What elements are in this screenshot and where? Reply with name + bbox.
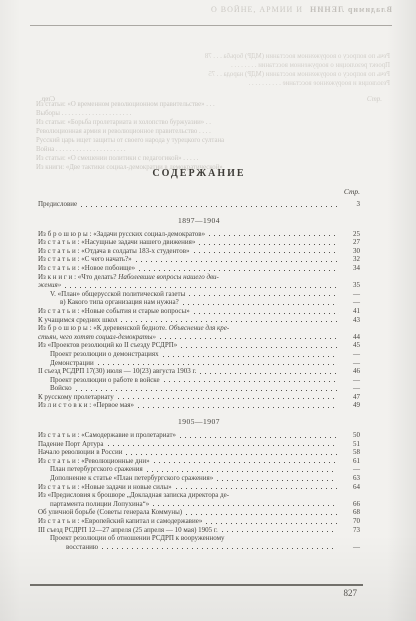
dot-leader (222, 526, 337, 534)
toc-entry-label: К русскому пролетариату (38, 393, 114, 402)
toc-page-number: 34 (340, 264, 360, 273)
bleed-running-head-right-mirrored: Владимир ЛЕНИН (309, 5, 392, 14)
toc-entry-label: II съезд РСДРП 17(30) июля — 10(23) авгу… (38, 367, 196, 376)
toc-row: Падение Порт Артура51 (38, 440, 360, 449)
toc-entry-label: Из статьи: «Новые задачи и новые силы» (38, 483, 172, 492)
toc-page-number: 58 (340, 448, 360, 457)
dot-leader (98, 359, 337, 367)
contents-title: СОДЕРЖАНИЕ (38, 168, 360, 179)
toc-entry-label: Из статьи: «Европейский капитал и самоде… (38, 517, 202, 526)
toc-row: Об уличной борьбе (Советы генерала Комму… (38, 508, 360, 517)
toc-entry-label: Дополнение к статье «План петербургского… (50, 474, 213, 483)
toc-page-number: — (340, 290, 360, 299)
toc-entry-label: Из статьи: «Самодержавие и пролетариат» (38, 431, 176, 440)
dot-leader (176, 483, 337, 491)
bleed-through-line: Война . . . . . . . . . . . . . . . . . … (36, 145, 390, 154)
toc-page-number: 25 (340, 230, 360, 239)
toc-page-number: — (340, 376, 360, 385)
toc-entry-label: План петербургского сражения (50, 465, 143, 474)
toc-page-number: 35 (340, 281, 360, 290)
toc-entry-label: Из статьи: «Революционные дни» (38, 457, 150, 466)
toc-entry-label: V. «План» общерусской политической газет… (50, 290, 185, 299)
dot-leader (189, 290, 337, 298)
dot-leader (194, 247, 337, 255)
toc-page-number: 73 (340, 526, 360, 535)
toc-row: в) Какого типа организация нам нужна?— (38, 298, 360, 307)
toc-row: Из книги: «Что делать? Наболевшие вопрос… (38, 273, 360, 282)
dot-leader (164, 376, 337, 384)
toc-page-number: 64 (340, 483, 360, 492)
toc-page-number: 51 (340, 440, 360, 449)
dot-leader (81, 201, 337, 209)
toc-row: III съезд РСДРП 12—27 апреля (25 апреля … (38, 526, 360, 535)
bleed-through-line: Резолюция и вооруженное восстание . . . … (36, 79, 390, 88)
dot-leader (138, 402, 337, 410)
toc-row: II съезд РСДРП 17(30) июля — 10(23) авгу… (38, 367, 360, 376)
toc-entry-label: Из статьи: «Отдача в солдаты 183-х студе… (38, 247, 190, 256)
toc-entry-label: Из книги: «Что делать? Наболевшие вопрос… (38, 273, 219, 282)
toc-page-number: 44 (340, 333, 360, 342)
dot-leader (200, 368, 337, 376)
toc-row: Дополнение к статье «План петербургского… (38, 474, 360, 483)
toc-row: План петербургского сражения— (38, 465, 360, 474)
toc-entry-label: Из статьи: «С чего начать?» (38, 255, 132, 264)
toc-page-number: 68 (340, 508, 360, 517)
dot-leader (186, 509, 337, 517)
dot-leader (206, 518, 337, 526)
toc-entry-label: Проект резолюции о демонстрациях (50, 350, 159, 359)
toc-page-number: 45 (340, 341, 360, 350)
toc-entry-label: Предисловие (38, 200, 77, 209)
bleed-through-running-head: О ВОЙНЕ, АРМИИ И Владимир ЛЕНИН (30, 5, 392, 14)
toc-page-number: 47 (340, 393, 360, 402)
toc-entry-label: К учащимся средних школ (38, 316, 117, 325)
bleed-through-line: Проект резолюции о вооруженном восстании… (36, 61, 390, 70)
toc-row: Из брошюры: «К деревенской бедноте. Объя… (38, 324, 360, 333)
toc-entry-label: Из брошюры: «К деревенской бедноте. Объя… (38, 324, 229, 333)
toc-page-number: 32 (340, 255, 360, 264)
dot-leader (126, 449, 337, 457)
bleed-through-line: Из статьи: «Борьба пролетариата и холопс… (36, 118, 390, 127)
toc-row: Из брошюры: «Задачи русских социал-демок… (38, 230, 360, 239)
dot-leader (102, 543, 337, 551)
toc-entry-label: Из листовки: «Первое мая» (38, 401, 134, 410)
toc-page-number: — (340, 465, 360, 474)
toc-entry-label: Из статьи: «Новые события и старые вопро… (38, 307, 190, 316)
toc-row: Из статьи: «Отдача в солдаты 183-х студе… (38, 247, 360, 256)
header-rule (30, 25, 392, 26)
bleed-through-mirrored-block: Речь по вопросу о вооруженном восстании … (36, 52, 390, 88)
toc-page-number: 66 (340, 500, 360, 509)
toc-entry-label: Демонстрации (50, 359, 94, 368)
toc-row: Из статьи: «Новые события и старые вопро… (38, 307, 360, 316)
dot-leader (108, 440, 338, 448)
toc-entry-label: Из «Предисловия к брошюре „Докладная зап… (38, 491, 229, 500)
toc-entry-label: Об уличной борьбе (Советы генерала Комму… (38, 508, 182, 517)
toc-entry-label: стьян, чего хотят социал-демократы» (38, 333, 156, 342)
toc-page-number: 30 (340, 247, 360, 256)
toc-page-number: 49 (340, 401, 360, 410)
toc-row: Из статьи: «Насущные задачи нашего движе… (38, 238, 360, 247)
bleed-through-line: Из статьи: «О временном революционном пр… (36, 100, 390, 109)
toc-entry-label: Из «Проектов резолюций ко II съезду РСДР… (38, 341, 177, 350)
toc-row: партамента полиции Лопухина“»66 (38, 500, 360, 509)
toc-page-number: 63 (340, 474, 360, 483)
dot-leader (199, 239, 337, 247)
toc-page-number: 70 (340, 517, 360, 526)
toc-page-number: — (340, 384, 360, 393)
table-of-contents: СОДЕРЖАНИЕ Стр. Предисловие31897—1904Из … (38, 168, 360, 551)
page-number: 827 (344, 588, 358, 598)
toc-entry-label: Начало революции в России (38, 448, 122, 457)
bleed-through-line: Речь по вопросу о вооруженном восстании … (36, 70, 390, 79)
toc-entry-label: Из статьи: «Новое побоище» (38, 264, 135, 273)
toc-page-number: — (340, 359, 360, 368)
toc-row: Демонстрации— (38, 359, 360, 368)
toc-row: Из статьи: «С чего начать?»32 (38, 255, 360, 264)
toc-row: Проект резолюции о демонстрациях— (38, 350, 360, 359)
toc-row: Из листовки: «Первое мая»49 (38, 401, 360, 410)
toc-row: жения»35 (38, 281, 360, 290)
toc-row: Войско— (38, 384, 360, 393)
dot-leader (153, 500, 337, 508)
page-column-label: Стр. (38, 187, 360, 196)
toc-row: Проект резолюции об отношении РСДРП к во… (38, 534, 360, 543)
toc-row: К учащимся средних школ43 (38, 316, 360, 325)
bleed-through-line: Из статьи: «О смешении политики с педаго… (36, 154, 390, 163)
dot-leader (136, 256, 337, 264)
dot-leader (217, 475, 337, 483)
toc-page-number: 61 (340, 457, 360, 466)
toc-row: Проект резолюции о работе в войске— (38, 376, 360, 385)
dot-leader (183, 299, 337, 307)
toc-row: Из статьи: «Новое побоище»34 (38, 264, 360, 273)
dot-leader (147, 466, 337, 474)
dot-leader (76, 385, 337, 393)
toc-section-heading: 1905—1907 (38, 417, 360, 426)
toc-entry-label: партамента полиции Лопухина“» (50, 500, 149, 509)
toc-row: Из статьи: «Самодержавие и пролетариат»5… (38, 431, 360, 440)
dot-leader (163, 351, 337, 359)
toc-page-number: 50 (340, 431, 360, 440)
toc-row: восстанию— (38, 543, 360, 552)
toc-entry-label: Из брошюры: «Задачи русских социал-демок… (38, 230, 205, 239)
toc-entry-label: Проект резолюции об отношении РСДРП к во… (50, 534, 225, 543)
toc-row: V. «План» общерусской политической газет… (38, 290, 360, 299)
toc-page-number: — (340, 298, 360, 307)
toc-entry-label: Из статьи: «Насущные задачи нашего движе… (38, 238, 195, 247)
toc-row: Из «Проектов резолюций ко II съезду РСДР… (38, 341, 360, 350)
bleed-through-line: Революционная армия и революционное прав… (36, 127, 390, 136)
toc-entry-label: Падение Порт Артура (38, 440, 104, 449)
toc-row: Предисловие3 (38, 200, 360, 209)
toc-page-number: — (340, 350, 360, 359)
toc-row: Начало революции в России58 (38, 448, 360, 457)
bleed-through-line: Речь по вопросу о вооруженном восстании … (36, 52, 390, 61)
scanned-book-page: О ВОЙНЕ, АРМИИ И Владимир ЛЕНИН Стр. Стр… (0, 0, 416, 621)
toc-row: стьян, чего хотят социал-демократы»44 (38, 333, 360, 342)
dot-leader (209, 230, 337, 238)
toc-row: К русскому пролетариату47 (38, 393, 360, 402)
toc-entry-label: жения» (38, 281, 61, 290)
dot-leader (181, 342, 337, 350)
toc-page-number: 43 (340, 316, 360, 325)
toc-page-number: 3 (340, 200, 360, 209)
toc-page-number: 41 (340, 307, 360, 316)
dot-leader (139, 265, 337, 273)
toc-entry-label: Проект резолюции о работе в войске (50, 376, 160, 385)
dot-leader (118, 393, 337, 401)
toc-section-heading: 1897—1904 (38, 216, 360, 225)
toc-body: Предисловие31897—1904Из брошюры: «Задачи… (38, 200, 360, 551)
toc-page-number: 27 (340, 238, 360, 247)
dot-leader (160, 333, 337, 341)
bleed-through-text-block: Из статьи: «О временном революционном пр… (36, 100, 390, 172)
dot-leader (154, 457, 337, 465)
bleed-through-line: Русский царь ищет защиты от своего народ… (36, 136, 390, 145)
dot-leader (121, 316, 337, 324)
toc-row: Из статьи: «Революционные дни»61 (38, 457, 360, 466)
toc-row: Из статьи: «Европейский капитал и самоде… (38, 517, 360, 526)
dot-leader (65, 282, 337, 290)
dot-leader (194, 308, 337, 316)
toc-entry-label: Войско (50, 384, 72, 393)
toc-entry-label: в) Какого типа организация нам нужна? (60, 298, 179, 307)
toc-page-number: 46 (340, 367, 360, 376)
toc-page-number: — (340, 543, 360, 552)
bleed-through-line: Выборы . . . . . . . . . . . . . . . . .… (36, 109, 390, 118)
toc-row: Из «Предисловия к брошюре „Докладная зап… (38, 491, 360, 500)
toc-row: Из статьи: «Новые задачи и новые силы»64 (38, 483, 360, 492)
toc-entry-label: III съезд РСДРП 12—27 апреля (25 апреля … (38, 526, 218, 535)
footer-rule (30, 584, 363, 586)
bleed-running-head-left: О ВОЙНЕ, АРМИИ И (211, 5, 303, 14)
toc-entry-label: восстанию (66, 543, 98, 552)
dot-leader (180, 432, 337, 440)
